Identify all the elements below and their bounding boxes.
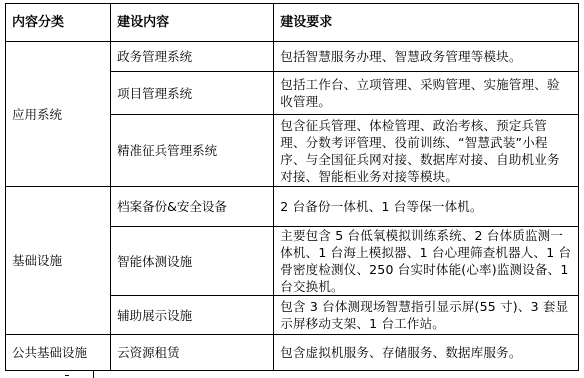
item-cell: 精准征兵管理系统 xyxy=(111,115,274,187)
header-requirement: 建设要求 xyxy=(274,4,579,42)
requirement-cell: 包含征兵管理、体检管理、政治考核、预定兵管理、分数考评管理、役前训练、“智慧武装… xyxy=(274,115,579,187)
table-row: 基础设施 档案备份&安全设备 2 台备份一体机、1 台等保一体机。 xyxy=(6,187,579,227)
construction-requirements-table: 内容分类 建设内容 建设要求 应用系统 政务管理系统 包括智慧服务办理、智慧政务… xyxy=(5,3,579,371)
table-row: 应用系统 政务管理系统 包括智慧服务办理、智慧政务管理等模块。 xyxy=(6,42,579,72)
requirement-cell: 包括工作台、立项管理、采购管理、实施管理、验收管理。 xyxy=(274,72,579,115)
header-row: 内容分类 建设内容 建设要求 xyxy=(6,4,579,42)
category-cell: 基础设施 xyxy=(6,187,111,335)
header-item: 建设内容 xyxy=(111,4,274,42)
item-cell: 辅助展示设施 xyxy=(111,296,274,335)
requirement-cell: 包含虚拟机服务、存储服务、数据库服务。 xyxy=(274,335,579,371)
item-cell: 档案备份&安全设备 xyxy=(111,187,274,227)
item-cell: 云资源租赁 xyxy=(111,335,274,371)
text-cursor xyxy=(93,371,94,378)
requirement-cell: 主要包含 5 台低氧模拟训练系统、2 台体质监测一体机、1 台海上模拟器、1 台… xyxy=(274,227,579,296)
item-cell: 政务管理系统 xyxy=(111,42,274,72)
category-cell: 应用系统 xyxy=(6,42,111,187)
requirement-cell: 包括智慧服务办理、智慧政务管理等模块。 xyxy=(274,42,579,72)
text-dash-mark xyxy=(65,375,69,376)
category-cell: 公共基础设施 xyxy=(6,335,111,371)
header-category: 内容分类 xyxy=(6,4,111,42)
item-cell: 项目管理系统 xyxy=(111,72,274,115)
table-row: 公共基础设施 云资源租赁 包含虚拟机服务、存储服务、数据库服务。 xyxy=(6,335,579,371)
requirement-cell: 包含 3 台体测现场智慧指引显示屏(55 寸)、3 套显示屏移动支架、1 台工作… xyxy=(274,296,579,335)
item-cell: 智能体测设施 xyxy=(111,227,274,296)
requirement-cell: 2 台备份一体机、1 台等保一体机。 xyxy=(274,187,579,227)
